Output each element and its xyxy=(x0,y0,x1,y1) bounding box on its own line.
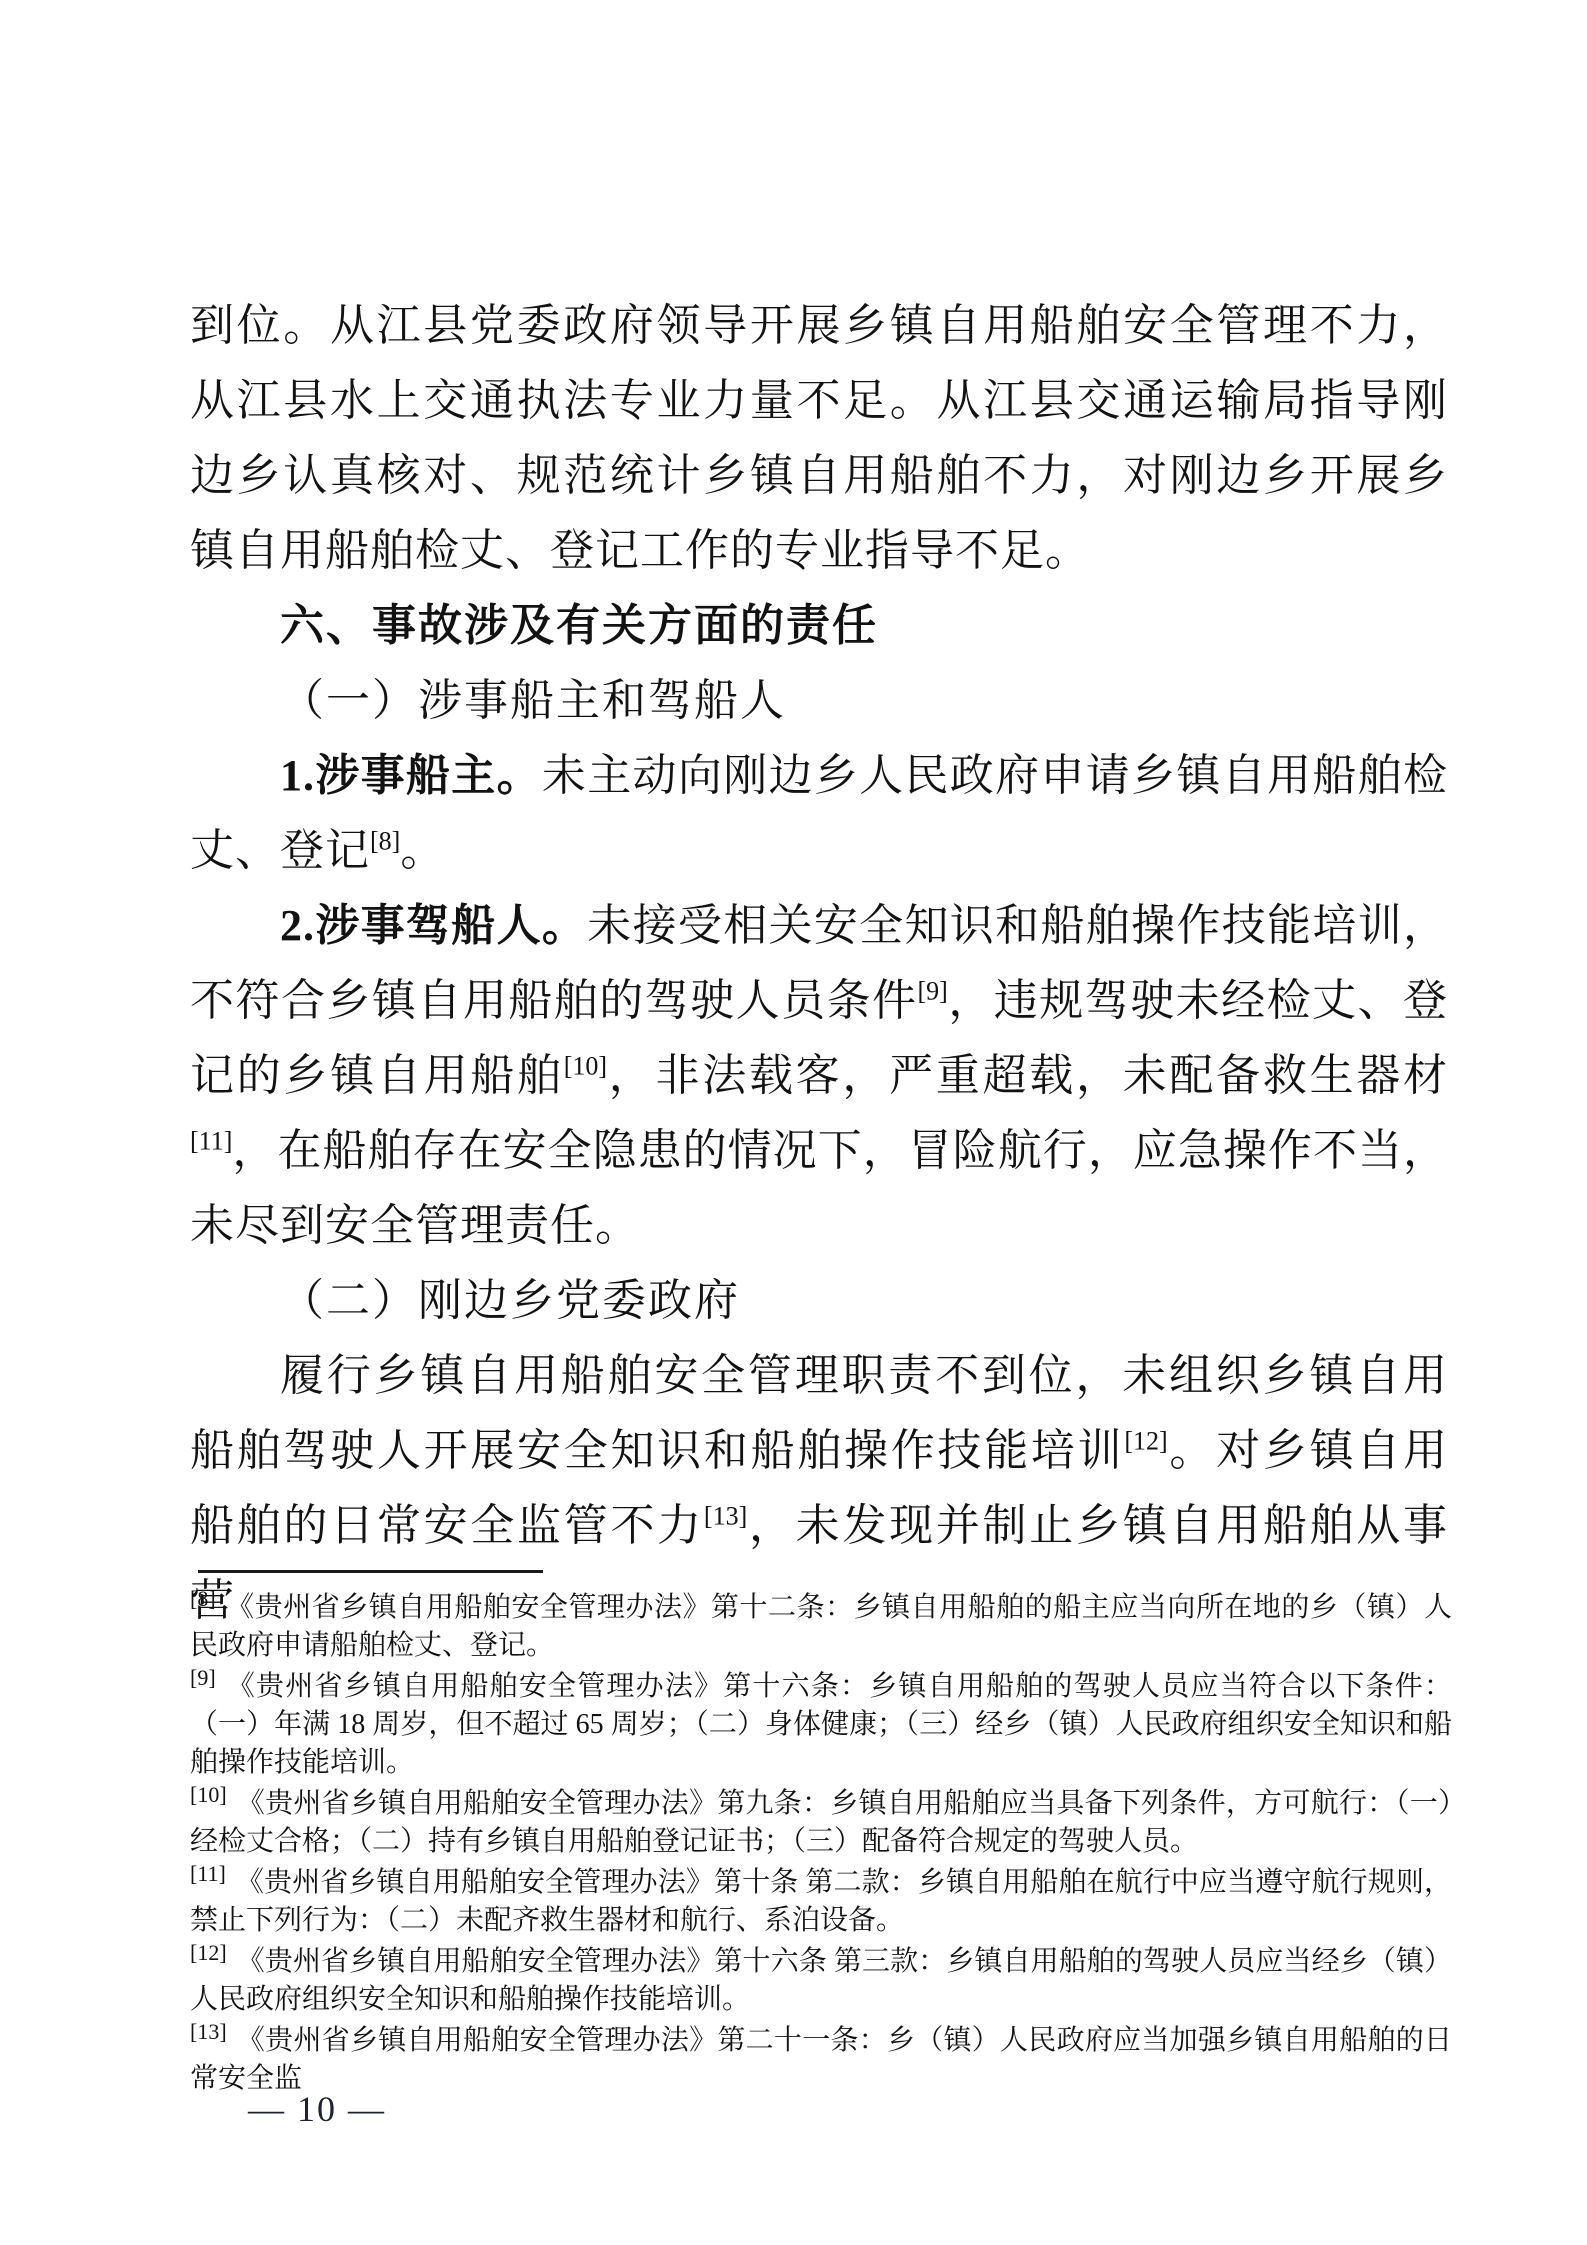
footnote-reference: [13] xyxy=(704,1501,747,1530)
footnote-marker: [9] xyxy=(190,1665,216,1690)
footnote-item: [10]《贵州省乡镇自用船舶安全管理办法》第九条：乡镇自用船舶应当具备下列条件，… xyxy=(190,1785,1452,1861)
document-page: 到位。从江县党委政府领导开展乡镇自用船舶安全管理不力，从江县水上交通执法专业力量… xyxy=(0,0,1587,2245)
para-shipowner: 1.涉事船主。未主动向刚边乡人民政府申请乡镇自用船舶检丈、登记[8]。 xyxy=(190,738,1448,888)
subsection-heading-1: （一）涉事船主和驾船人 xyxy=(190,663,1448,738)
footnote-reference: [11] xyxy=(190,1126,232,1155)
text-run: 1.涉事船主。 xyxy=(280,751,542,800)
footnote-reference: [12] xyxy=(1124,1426,1167,1455)
footnote-section: [8]《贵州省乡镇自用船舶安全管理办法》第十二条：乡镇自用船舶的船主应当向所在地… xyxy=(190,1570,1452,2101)
footnote-text: 《贵州省乡镇自用船舶安全管理办法》第十六条 第三款：乡镇自用船舶的驾驶人员应当经… xyxy=(190,1946,1452,2015)
footnote-item: [9]《贵州省乡镇自用船舶安全管理办法》第十六条：乡镇自用船舶的驾驶人员应当符合… xyxy=(190,1668,1452,1782)
footnote-text: 《贵州省乡镇自用船舶安全管理办法》第十条 第二款：乡镇自用船舶在航行中应当遵守航… xyxy=(190,1867,1452,1936)
para-continuation: 到位。从江县党委政府领导开展乡镇自用船舶安全管理不力，从江县水上交通执法专业力量… xyxy=(190,288,1448,588)
footnote-marker: [11] xyxy=(190,1861,226,1886)
text-run: 。 xyxy=(400,826,445,875)
footnote-item: [11]《贵州省乡镇自用船舶安全管理办法》第十条 第二款：乡镇自用船舶在航行中应… xyxy=(190,1864,1452,1940)
text-run: （二）刚边乡党委政府 xyxy=(280,1276,740,1325)
footnote-list: [8]《贵州省乡镇自用船舶安全管理办法》第十二条：乡镇自用船舶的船主应当向所在地… xyxy=(190,1589,1452,2098)
footnote-marker: [12] xyxy=(190,1940,227,1965)
footnote-text: 《贵州省乡镇自用船舶安全管理办法》第九条：乡镇自用船舶应当具备下列条件，方可航行… xyxy=(190,1788,1452,1857)
footnote-marker: [13] xyxy=(190,2019,227,2044)
footnote-text: 《贵州省乡镇自用船舶安全管理办法》第二十一条：乡（镇）人民政府应当加强乡镇自用船… xyxy=(190,2025,1452,2094)
document-body: 到位。从江县党委政府领导开展乡镇自用船舶安全管理不力，从江县水上交通执法专业力量… xyxy=(190,288,1448,1638)
footnote-marker: [8] xyxy=(190,1586,216,1611)
para-driver: 2.涉事驾船人。未接受相关安全知识和船舶操作技能培训，不符合乡镇自用船舶的驾驶人… xyxy=(190,888,1448,1263)
footnote-item: [13]《贵州省乡镇自用船舶安全管理办法》第二十一条：乡（镇）人民政府应当加强乡… xyxy=(190,2022,1452,2098)
section-heading: 六、事故涉及有关方面的责任 xyxy=(190,588,1448,663)
footnote-marker: [10] xyxy=(190,1782,227,1807)
text-run: ，非法载客，严重超载，未配备救生器材 xyxy=(607,1051,1448,1100)
footnote-separator-rule xyxy=(198,1570,543,1573)
text-run: ，在船舶存在安全隐患的情况下，冒险航行，应急操作不当，未尽到安全管理责任。 xyxy=(190,1126,1448,1250)
subsection-heading-2: （二）刚边乡党委政府 xyxy=(190,1263,1448,1338)
footnote-reference: [10] xyxy=(564,1051,607,1080)
footnote-item: [8]《贵州省乡镇自用船舶安全管理办法》第十二条：乡镇自用船舶的船主应当向所在地… xyxy=(190,1589,1452,1665)
text-run: （一）涉事船主和驾船人 xyxy=(280,676,786,725)
footnote-item: [12]《贵州省乡镇自用船舶安全管理办法》第十六条 第三款：乡镇自用船舶的驾驶人… xyxy=(190,1943,1452,2019)
footnote-text: 《贵州省乡镇自用船舶安全管理办法》第十二条：乡镇自用船舶的船主应当向所在地的乡（… xyxy=(190,1592,1452,1661)
text-run: 2.涉事驾船人。 xyxy=(280,901,587,950)
footnote-text: 《贵州省乡镇自用船舶安全管理办法》第十六条：乡镇自用船舶的驾驶人员应当符合以下条… xyxy=(190,1671,1452,1778)
footnote-reference: [9] xyxy=(918,976,948,1005)
footnote-reference: [8] xyxy=(370,826,400,855)
page-number: — 10 — xyxy=(248,2088,386,2130)
text-run: 到位。从江县党委政府领导开展乡镇自用船舶安全管理不力，从江县水上交通执法专业力量… xyxy=(190,301,1448,575)
text-run: 六、事故涉及有关方面的责任 xyxy=(280,601,878,650)
